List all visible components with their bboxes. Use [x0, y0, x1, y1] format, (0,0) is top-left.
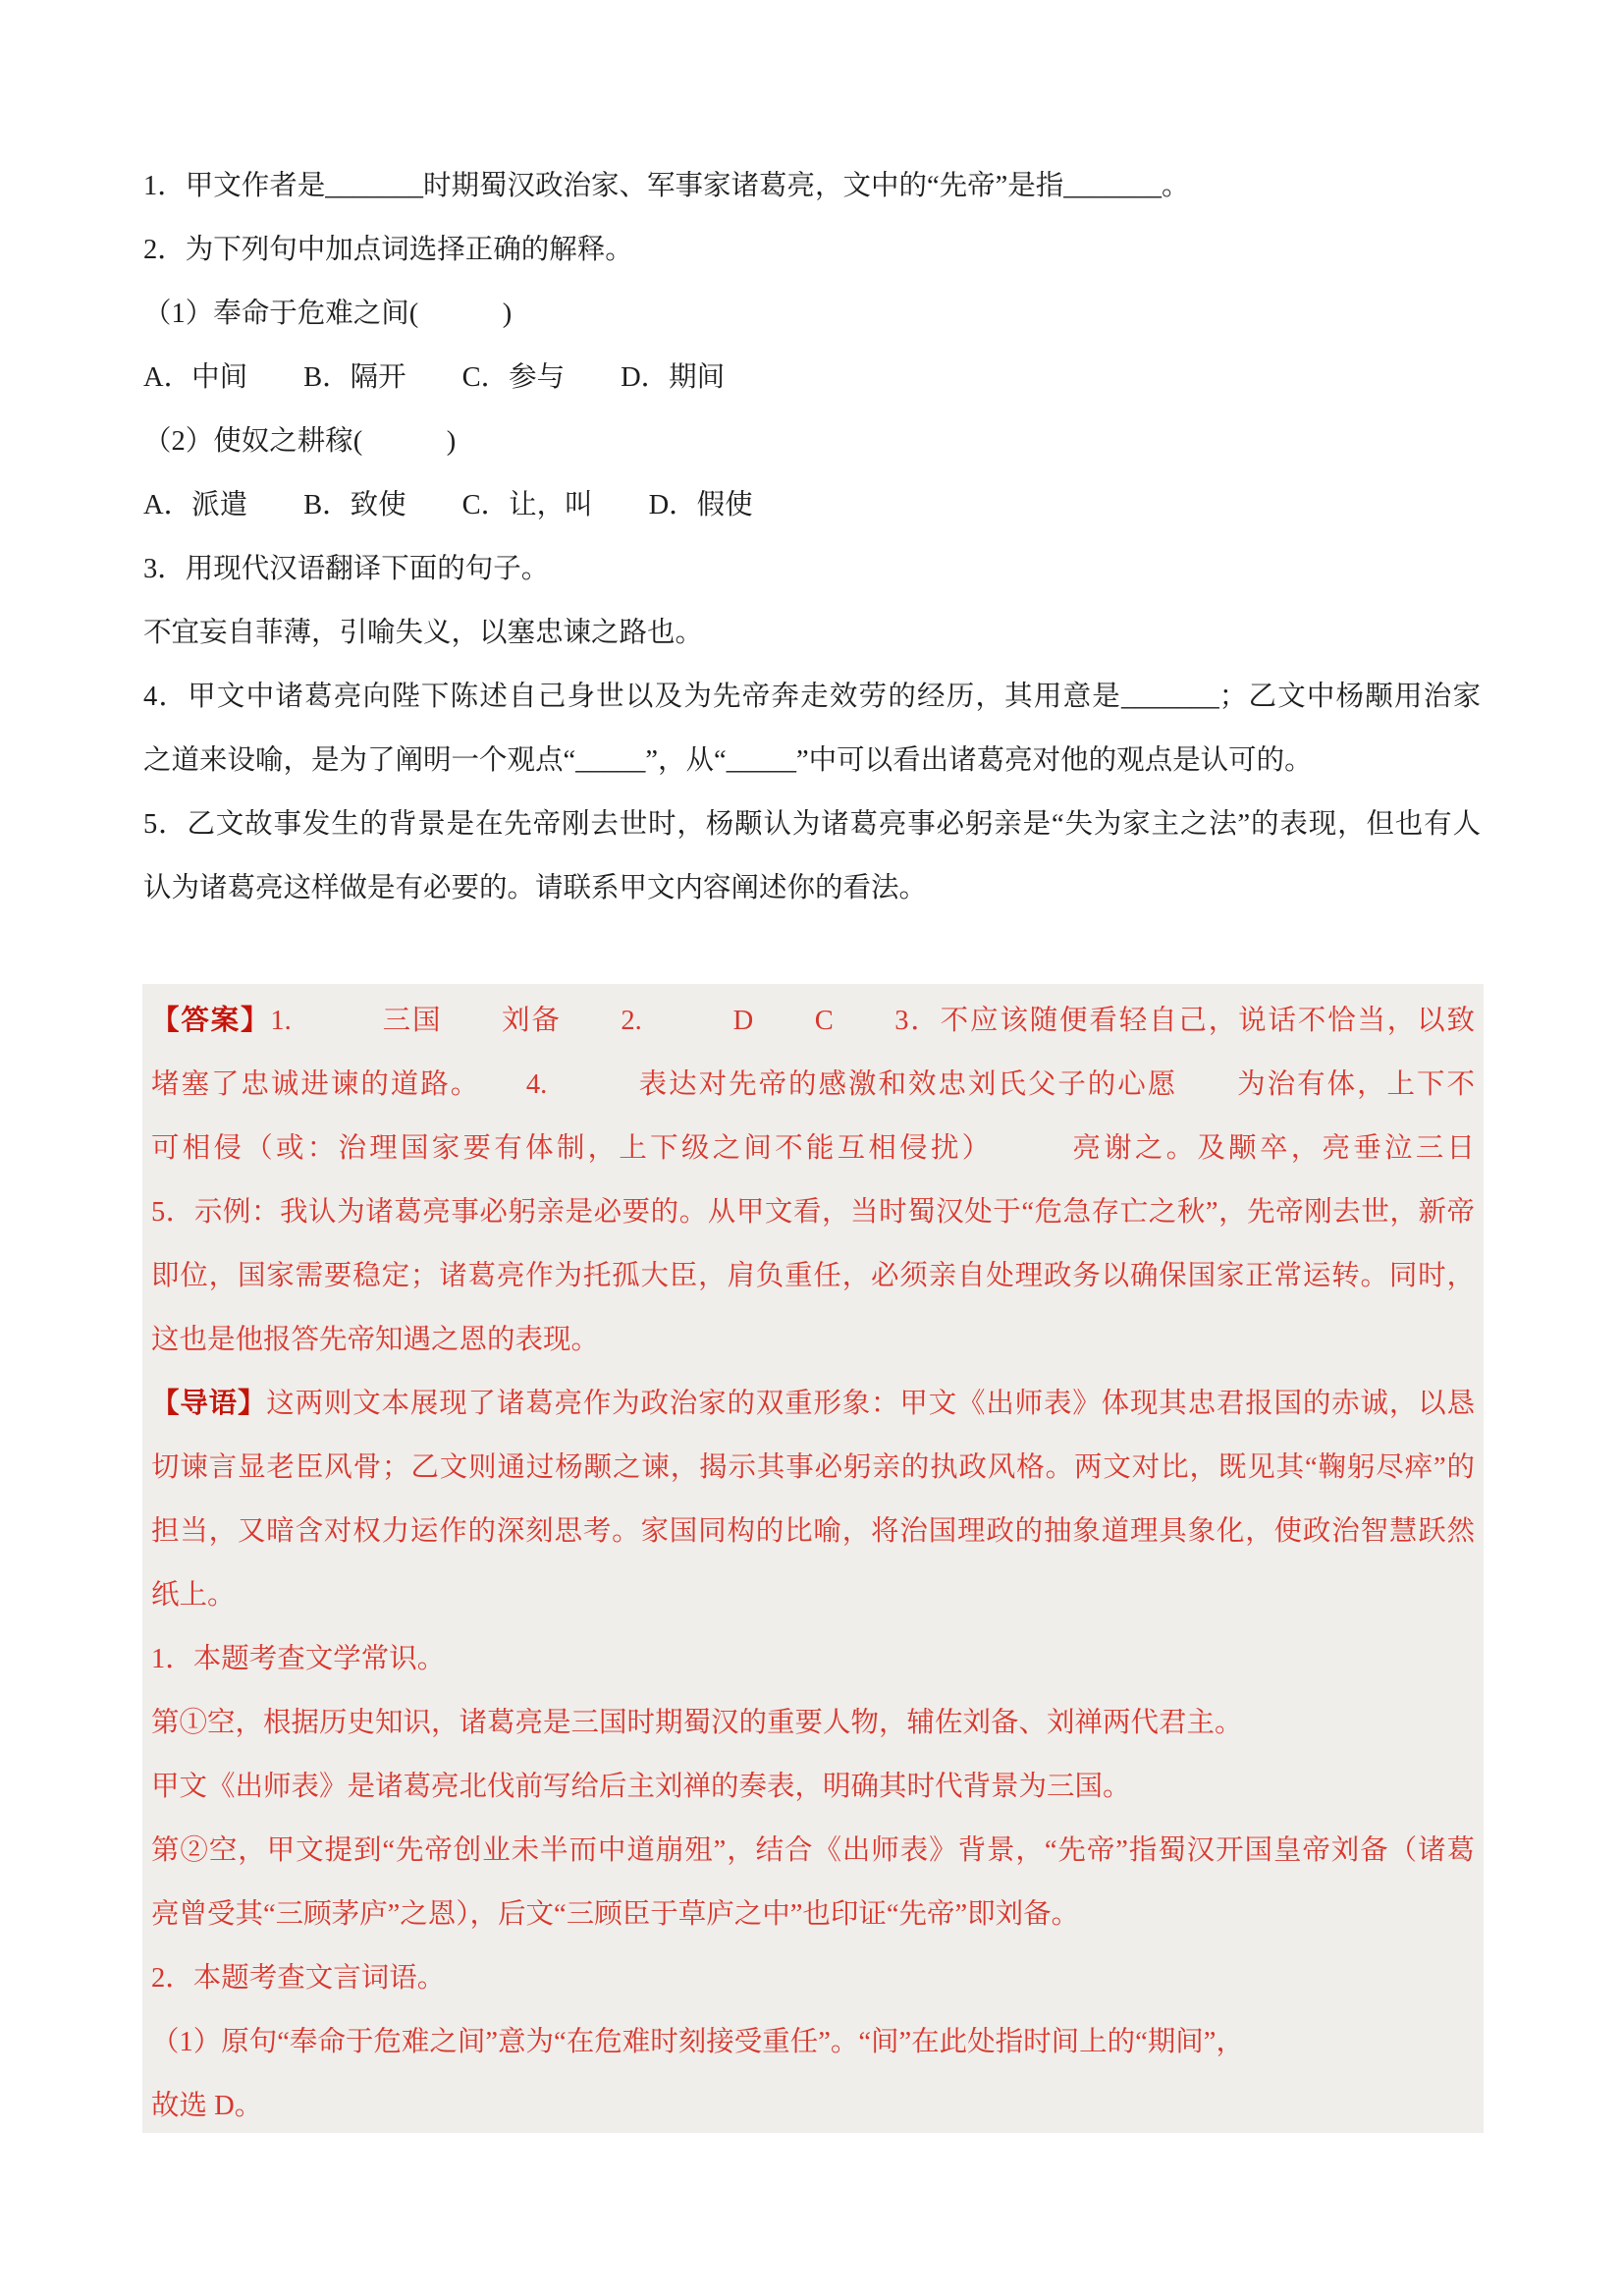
question-line: 不宜妄自菲薄，引喻失义，以塞忠谏之路也。 — [143, 601, 1481, 665]
answer-line: 5．示例：我认为诸葛亮事必躬亲是必要的。从甲文看，当时蜀汉处于“危急存亡之秋”，… — [151, 1180, 1475, 1244]
question-line: 2．为下列句中加点词选择正确的解释。 — [143, 218, 1481, 282]
questions-section: 1．甲文作者是_______时期蜀汉政治家、军事家诸葛亮，文中的“先帝”是指__… — [143, 154, 1481, 920]
question-line: 认为诸葛亮这样做是有必要的。请联系甲文内容阐述你的看法。 — [143, 856, 1481, 920]
question-line: （1）奉命于危难之间( ) — [143, 282, 1481, 346]
answer-line: 即位，国家需要稳定；诸葛亮作为托孤大臣，肩负重任，必须亲自处理政务以确保国家正常… — [151, 1244, 1475, 1308]
question-line: 之道来设喻，是为了阐明一个观点“_____”，从“_____”中可以看出诸葛亮对… — [143, 729, 1481, 793]
answer-line: 2．本题考查文言词语。 — [151, 1946, 1475, 2010]
answer-line: 切谏言显老臣风骨；乙文则通过杨颙之谏，揭示其事必躬亲的执政风格。两文对比，既见其… — [151, 1436, 1475, 1500]
answer-line: （1）原句“奉命于危难之间”意为“在危难时刻接受重任”。“间”在此处指时间上的“… — [151, 2010, 1475, 2074]
answer-line-text: 这两则文本展现了诸葛亮作为政治家的双重形象：甲文《出师表》体现其忠君报国的赤诚，… — [266, 1389, 1475, 1419]
question-line: 4．甲文中诸葛亮向陛下陈述自己身世以及为先帝奔走效劳的经历，其用意是______… — [143, 665, 1481, 729]
answer-line-text: 1. 三国 刘备 2. D C 3．不应该随便看轻自己，说话不恰当，以致 — [270, 1006, 1475, 1036]
question-line: （2）使奴之耕稼( ) — [143, 410, 1481, 473]
question-line: 1．甲文作者是_______时期蜀汉政治家、军事家诸葛亮，文中的“先帝”是指__… — [143, 154, 1481, 218]
answer-line: 【导语】这两则文本展现了诸葛亮作为政治家的双重形象：甲文《出师表》体现其忠君报国… — [151, 1372, 1475, 1436]
answer-line: 甲文《出师表》是诸葛亮北伐前写给后主刘禅的奏表，明确其时代背景为三国。 — [151, 1755, 1475, 1819]
answer-line: 第①空，根据历史知识，诸葛亮是三国时期蜀汉的重要人物，辅佐刘备、刘禅两代君主。 — [151, 1691, 1475, 1755]
answer-line: 纸上。 — [151, 1563, 1475, 1627]
answer-label: 【答案】 — [151, 1006, 270, 1036]
question-line: A．派遣 B．致使 C．让，叫 D．假使 — [143, 473, 1481, 537]
answer-line: 堵塞了忠诚进谏的道路。 4. 表达对先帝的感激和效忠刘氏父子的心愿 为治有体，上… — [151, 1053, 1475, 1117]
answer-line: 故选 D。 — [151, 2074, 1475, 2138]
answer-line: 【答案】1. 三国 刘备 2. D C 3．不应该随便看轻自己，说话不恰当，以致 — [151, 989, 1475, 1053]
answer-line: 第②空，甲文提到“先帝创业未半而中道崩殂”，结合《出师表》背景，“先帝”指蜀汉开… — [151, 1819, 1475, 1883]
question-line: 3．用现代汉语翻译下面的句子。 — [143, 537, 1481, 601]
answer-panel: 【答案】1. 三国 刘备 2. D C 3．不应该随便看轻自己，说话不恰当，以致… — [142, 984, 1484, 2133]
answer-line: 担当，又暗含对权力运作的深刻思考。家国同构的比喻，将治国理政的抽象道理具象化，使… — [151, 1500, 1475, 1563]
answer-line: 亮曾受其“三顾茅庐”之恩），后文“三顾臣于草庐之中”也印证“先帝”即刘备。 — [151, 1883, 1475, 1946]
question-line: A．中间 B．隔开 C．参与 D．期间 — [143, 346, 1481, 410]
answer-line: 可相侵（或：治理国家要有体制，上下级之间不能互相侵扰） 亮谢之。及颙卒，亮垂泣三… — [151, 1117, 1475, 1180]
document-page: 1．甲文作者是_______时期蜀汉政治家、军事家诸葛亮，文中的“先帝”是指__… — [0, 0, 1623, 2296]
question-line: 5．乙文故事发生的背景是在先帝刚去世时，杨颙认为诸葛亮事必躬亲是“失为家主之法”… — [143, 793, 1481, 856]
answer-line: 这也是他报答先帝知遇之恩的表现。 — [151, 1308, 1475, 1372]
answer-line: 1．本题考查文学常识。 — [151, 1627, 1475, 1691]
commentary-label: 【导语】 — [151, 1389, 266, 1419]
